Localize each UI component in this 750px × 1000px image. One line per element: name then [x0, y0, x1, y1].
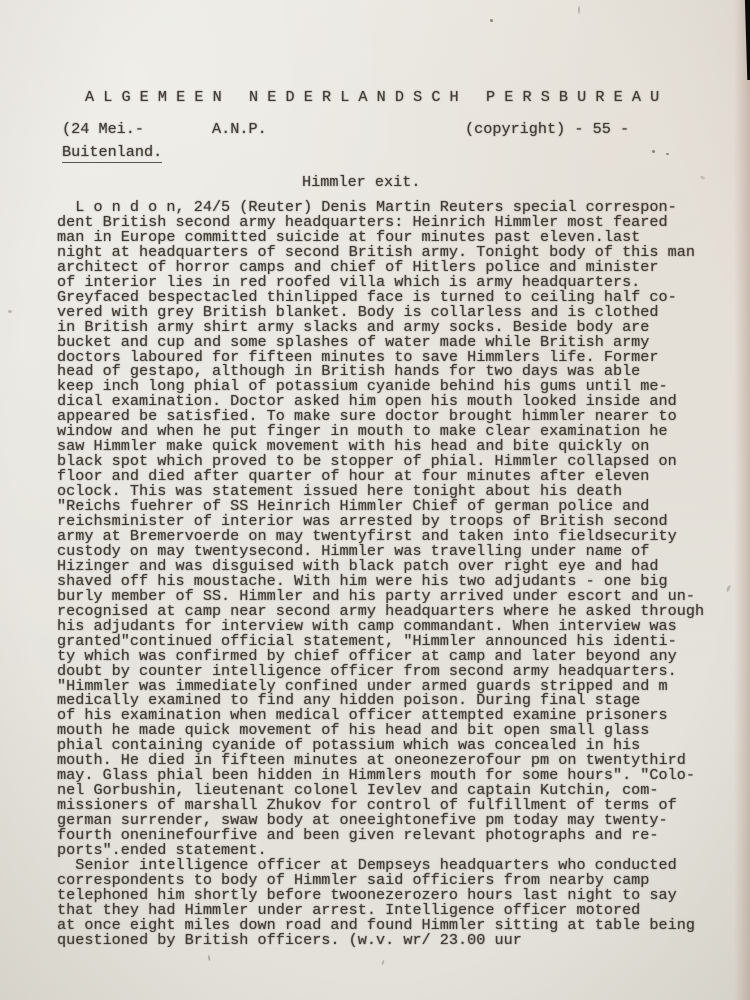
paper-speck [700, 175, 706, 180]
agency-name: A L G E M E E N N E D E R L A N D S C H … [85, 88, 659, 106]
paper-edge-shade [734, 0, 750, 1000]
article-title: Himmler exit. [302, 173, 420, 191]
paper-speck [726, 585, 732, 593]
copyright-issue-number: (copyright) - 55 - [465, 120, 629, 138]
paper-speck [490, 19, 493, 22]
photo-background-corner [744, 0, 750, 80]
paper-speck [578, 6, 580, 14]
document-page: A L G E M E E N N E D E R L A N D S C H … [0, 0, 750, 1000]
paper-speck [652, 150, 655, 153]
paper-speck [666, 153, 669, 155]
paper-speck [381, 960, 384, 965]
paper-speck [207, 955, 210, 961]
section-label: Buitenland. [62, 143, 162, 163]
agency-abbreviation: A.N.P. [212, 120, 267, 138]
paper-speck [8, 310, 12, 313]
body-text: L o n d o n, 24/5 (Reuter) Denis Martin … [57, 200, 704, 948]
date-label: (24 Mei.- [62, 120, 144, 138]
